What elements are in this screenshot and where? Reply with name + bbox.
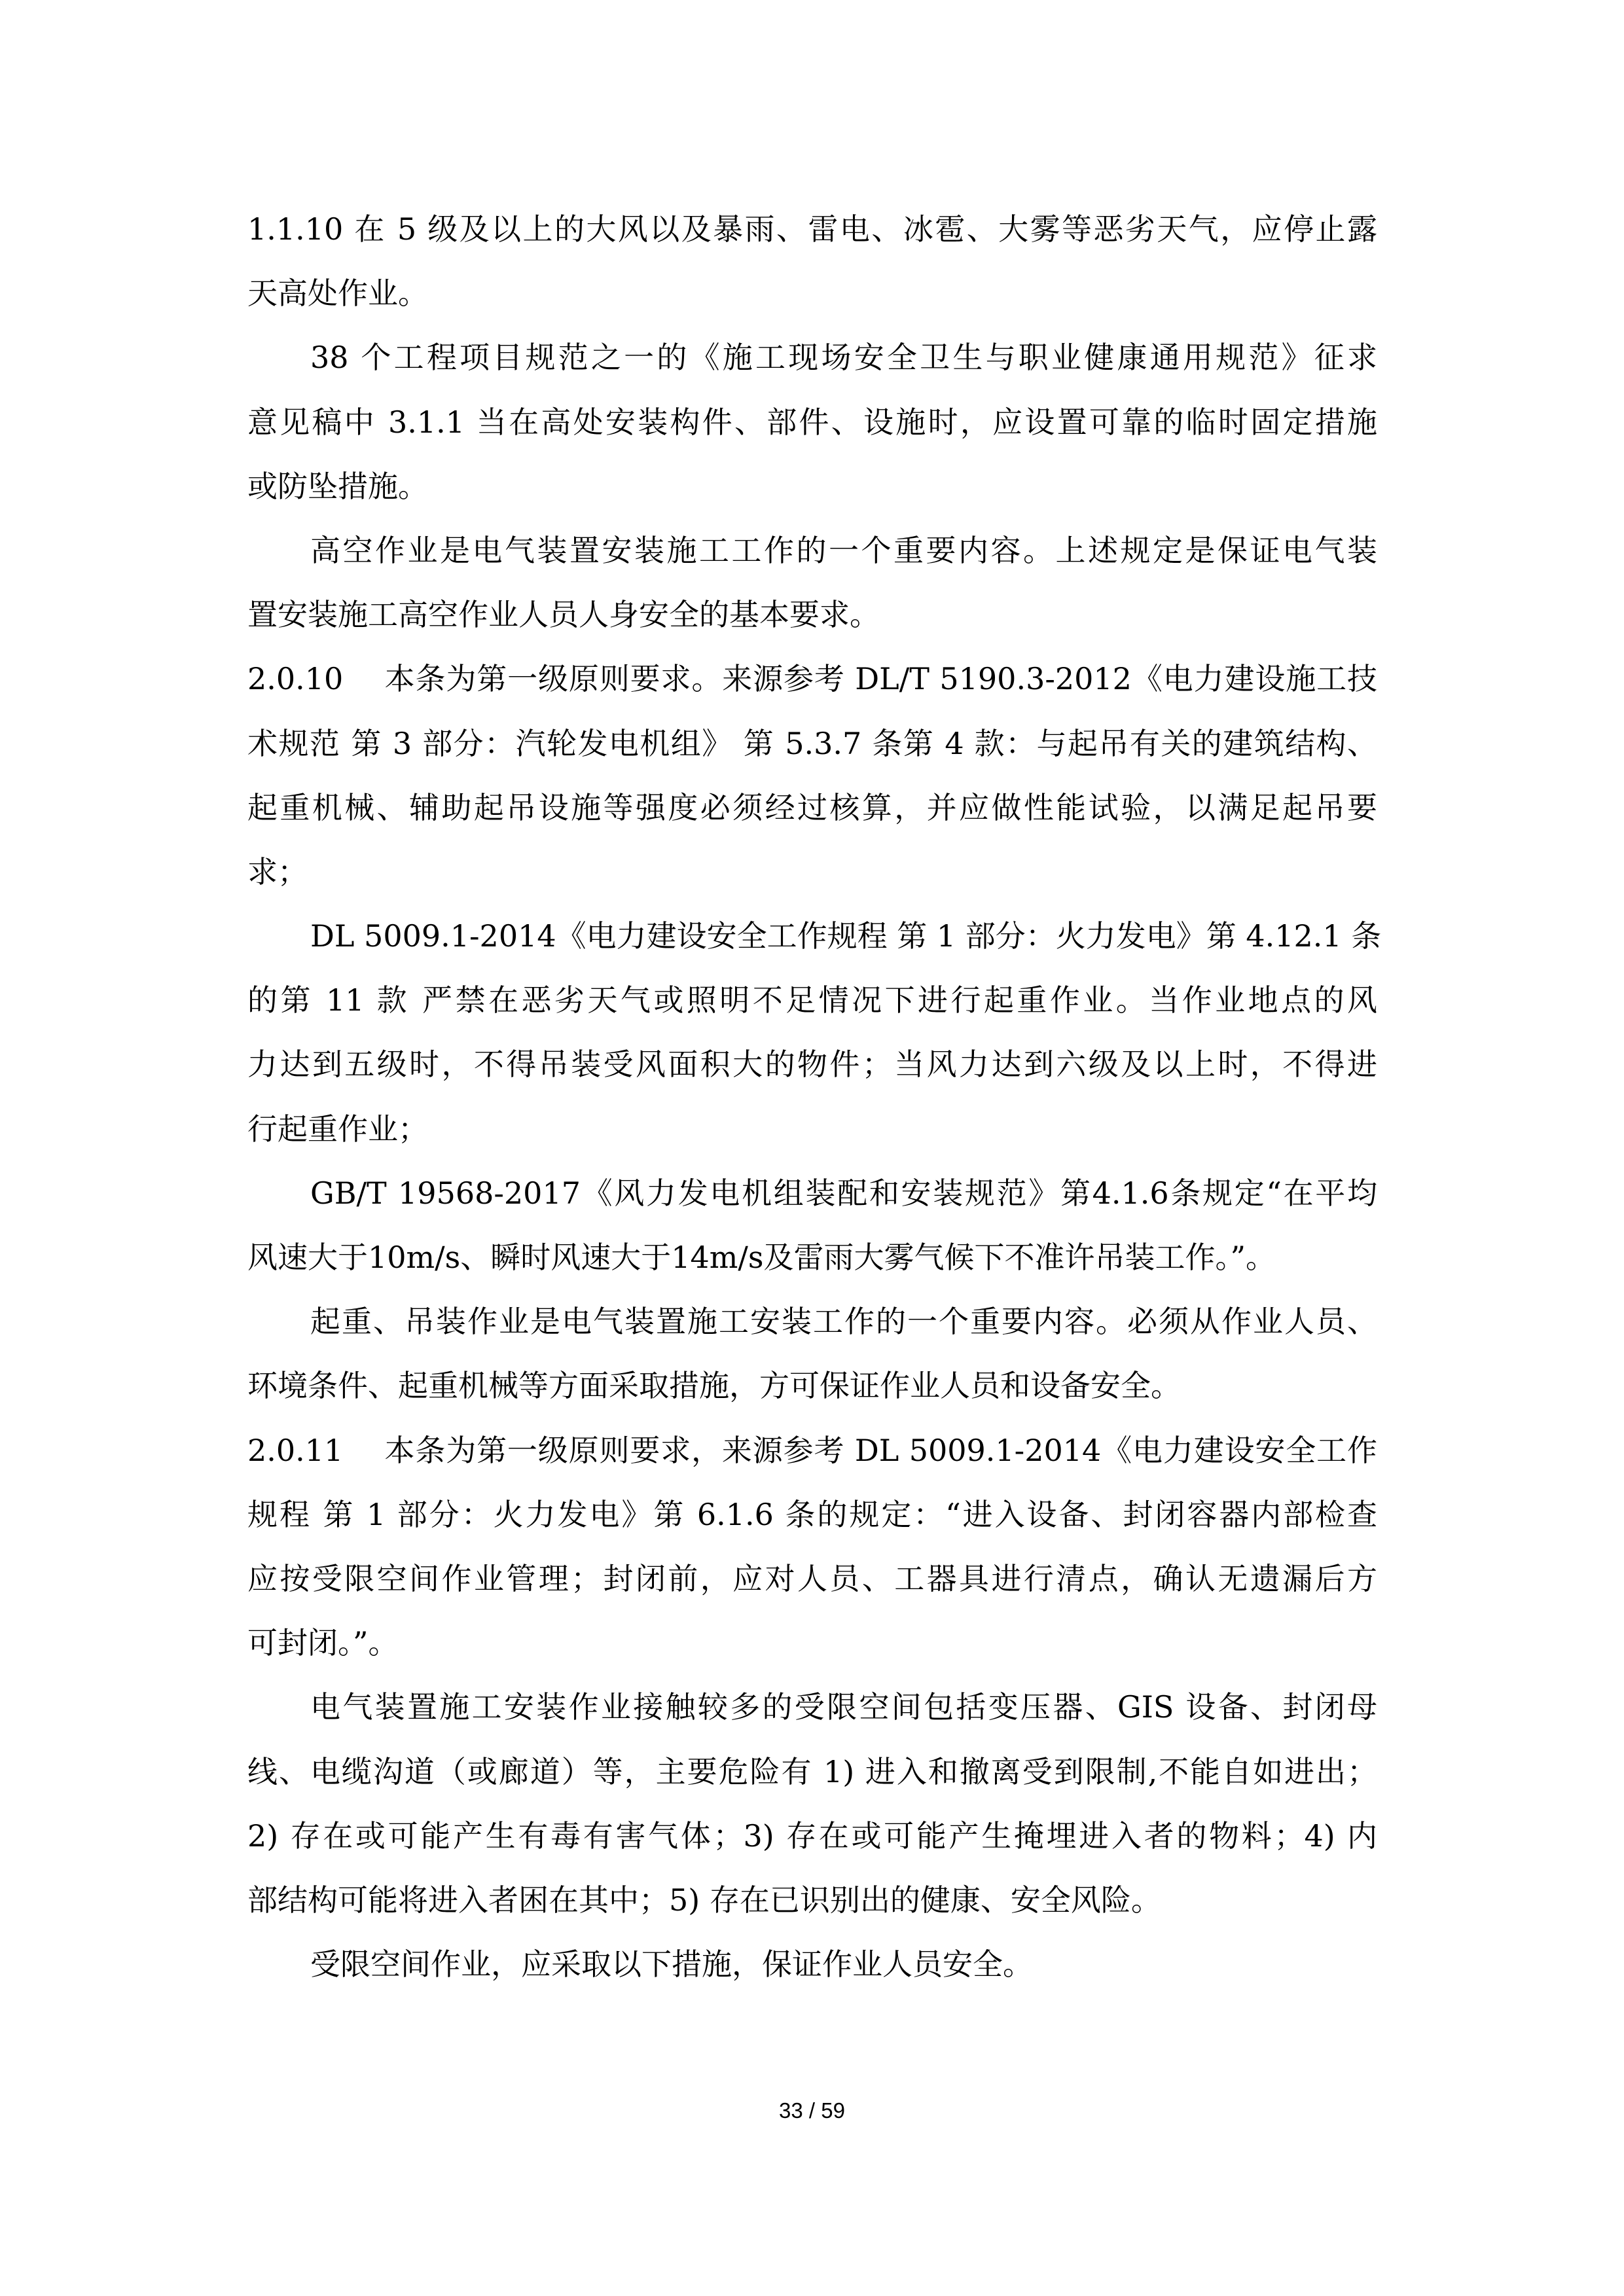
text-line-4: 意见稿中 3.1.1 当在高处安装构件、部件、设施时，应设置可靠的临时固定措施 — [247, 401, 1377, 465]
text-line-6: 高空作业是电气装置安装施工工作的一个重要内容。上述规定是保证电气装 — [247, 529, 1377, 594]
page-number: 33 / 59 — [0, 2098, 1624, 2123]
text-line-13: 的第 11 款 严禁在恶劣天气或照明不足情况下进行起重作业。当作业地点的风 — [247, 979, 1377, 1043]
text-line-18: 起重、吊装作业是电气装置施工安装工作的一个重要内容。必须从作业人员、 — [247, 1300, 1377, 1365]
text-line-3: 38 个工程项目规范之一的《施工现场安全卫生与职业健康通用规范》征求 — [247, 336, 1377, 401]
text-line-24: 电气装置施工安装作业接触较多的受限空间包括变压器、GIS 设备、封闭母 — [247, 1686, 1377, 1750]
text-line-19: 环境条件、起重机械等方面采取措施，方可保证作业人员和设备安全。 — [247, 1365, 1377, 1429]
text-line-1: 1.1.10 在 5 级及以上的大风以及暴雨、雷电、冰雹、大雾等恶劣天气，应停止… — [247, 208, 1377, 272]
document-page: 1.1.10 在 5 级及以上的大风以及暴雨、雷电、冰雹、大雾等恶劣天气，应停止… — [0, 0, 1624, 2296]
text-line-28: 受限空间作业，应采取以下措施，保证作业人员安全。 — [247, 1943, 1377, 2007]
body-text: 1.1.10 在 5 级及以上的大风以及暴雨、雷电、冰雹、大雾等恶劣天气，应停止… — [247, 208, 1377, 2007]
text-line-25: 线、电缆沟道（或廊道）等，主要危险有 1) 进入和撤离受到限制,不能自如进出； — [247, 1751, 1377, 1815]
text-line-16: GB/T 19568-2017《风力发电机组装配和安装规范》第4.1.6条规定“… — [247, 1172, 1377, 1236]
text-line-17: 风速大于10m/s、瞬时风速大于14m/s及雷雨大雾气候下不准许吊装工作。”。 — [247, 1236, 1377, 1300]
text-line-12: DL 5009.1-2014《电力建设安全工作规程 第 1 部分：火力发电》第 … — [247, 915, 1377, 979]
text-line-8: 2.0.10 本条为第一级原则要求。来源参考 DL/T 5190.3-2012《… — [247, 658, 1377, 722]
text-line-5: 或防坠措施。 — [247, 465, 1377, 529]
text-line-10: 起重机械、辅助起吊设施等强度必须经过核算，并应做性能试验，以满足起吊要 — [247, 787, 1377, 851]
text-line-7: 置安装施工高空作业人员人身安全的基本要求。 — [247, 594, 1377, 658]
text-line-2: 天高处作业。 — [247, 272, 1377, 336]
text-line-9: 术规范 第 3 部分：汽轮发电机组》 第 5.3.7 条第 4 款：与起吊有关的… — [247, 723, 1377, 787]
text-line-14: 力达到五级时，不得吊装受风面积大的物件；当风力达到六级及以上时，不得进 — [247, 1043, 1377, 1107]
text-line-26: 2) 存在或可能产生有毒有害气体；3) 存在或可能产生掩埋进入者的物料；4) 内 — [247, 1815, 1377, 1879]
text-line-15: 行起重作业； — [247, 1108, 1377, 1172]
text-line-27: 部结构可能将进入者困在其中；5) 存在已识别出的健康、安全风险。 — [247, 1879, 1377, 1943]
text-line-20: 2.0.11 本条为第一级原则要求，来源参考 DL 5009.1-2014《电力… — [247, 1429, 1377, 1494]
text-line-11: 求； — [247, 851, 1377, 915]
text-line-21: 规程 第 1 部分：火力发电》第 6.1.6 条的规定：“进入设备、封闭容器内部… — [247, 1494, 1377, 1558]
text-line-23: 可封闭。”。 — [247, 1622, 1377, 1686]
text-line-22: 应按受限空间作业管理；封闭前，应对人员、工器具进行清点，确认无遗漏后方 — [247, 1558, 1377, 1622]
